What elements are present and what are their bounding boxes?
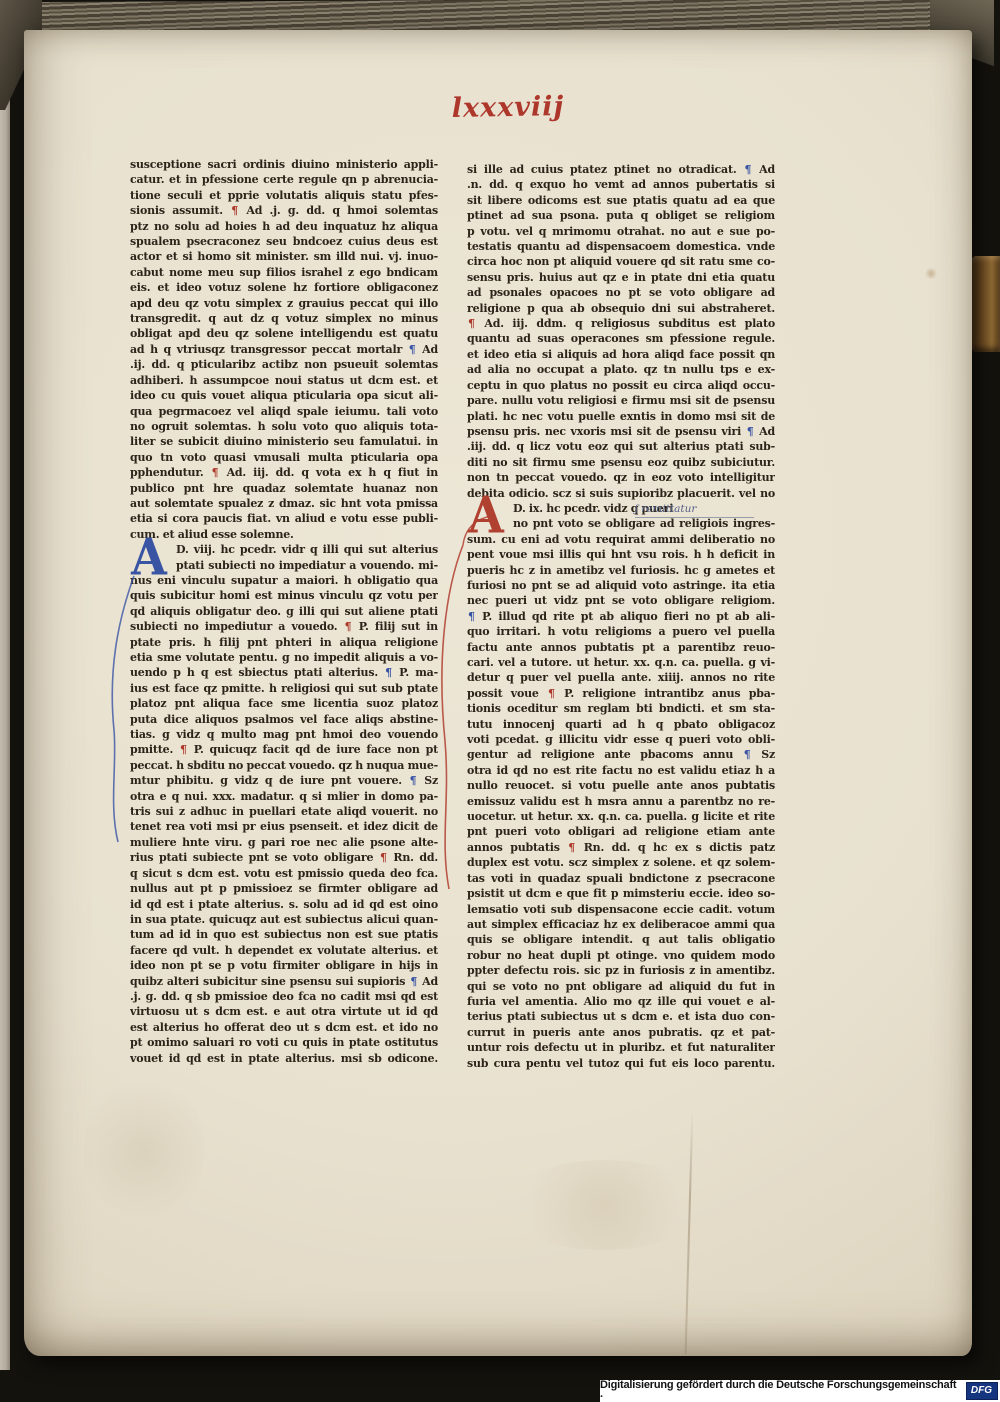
facing-page-edge [0, 40, 10, 1370]
text-line: qd aliquis obligatur deo. g illi qui sut… [130, 605, 438, 620]
stain [84, 1070, 204, 1230]
text-line: religione p qua ab obsequio dni sui abst… [467, 302, 775, 317]
text-line: diti no sit firmu sme psensu eoz quibz s… [467, 456, 775, 471]
pilcrow-mark: ¶ [746, 425, 755, 438]
text-line: puta dice aliquos psalmos vel face aliqs… [130, 713, 438, 728]
text-line: pnt pueri voto obligari ad religione eti… [467, 825, 775, 840]
text-line: sub cura pentu vel tutoz qui fut eis loc… [467, 1057, 775, 1072]
footer-credit-text: Digitalisierung gefördert durch die Deut… [600, 1379, 960, 1402]
text-line: transgredit. q aut dz q votuz simplex no… [130, 312, 438, 327]
text-line: lemsatio voti sub dispensacone eccie cad… [467, 903, 775, 918]
pilcrow-mark: ¶ [211, 466, 220, 479]
manuscript-page: lxxxviij susceptione sacri ordinis diuin… [24, 30, 972, 1356]
text-line: quo tn voto quasi vmusali multa pticular… [130, 451, 438, 466]
marginal-annotation: ʃ remittatur [635, 504, 754, 518]
text-line: ideo cu quis vouet aliqua pticularia opa… [130, 389, 438, 404]
text-line: publico pnt hre quadaz solemtate huanaz … [130, 482, 438, 497]
text-line: platoz pnt aliqua face sme licentia suoz… [130, 697, 438, 712]
text-line: psistit ut dcm e que fit p mimsteriu ecc… [467, 887, 775, 902]
text-line: tionis oceditur sm reglam bti bndicti. e… [467, 702, 775, 717]
text-line: possit voue ¶ P. religione intrantibz an… [467, 687, 775, 702]
text-line: ceptu in quo platus no possit eu circa a… [467, 379, 775, 394]
text-line: non tn peccat vouedo. qz in eoz voto int… [467, 471, 775, 486]
text-line: pmitte. ¶ P. quicuqz facit qd de iure fa… [130, 743, 438, 758]
text-line: otra e q nui. xxx. madatur. q si mlier i… [130, 790, 438, 805]
text-line: mtur phibitu. g vidz q de iure pnt vouer… [130, 774, 438, 789]
text-line: quis se obligare intendit. q aut talis o… [467, 933, 775, 948]
text-line: apd deu qz votu simplex z grauius peccat… [130, 297, 438, 312]
text-line: nullus aut pt p pmissioez se firmter obl… [130, 882, 438, 897]
text-line: pare. nullu votu religiosi e firmu msi s… [467, 394, 775, 409]
text-line: ad h q vtriusqz transgressor peccat mort… [130, 343, 438, 358]
column-right: si ille ad cuius ptatez ptinet no otradi… [467, 163, 775, 1072]
pilcrow-mark: ¶ [743, 748, 752, 761]
pen-flourish-right [437, 511, 497, 911]
text-line: tione seculi et pprie volutatis aliquis … [130, 189, 438, 204]
text-line: liter se subicit diuino ministerio seu f… [130, 435, 438, 450]
text-line: sum. cu eni ad votu requirat ammi delibe… [467, 533, 775, 548]
text-line: aut solemtate spualez z dmaz. sic hnt vo… [130, 497, 438, 512]
text-line: etia sme volutate pentu. g no impedit al… [130, 651, 438, 666]
text-line: nullo reuocet. si votu puelle ante anos … [467, 779, 775, 794]
text-line: aut simplex efficaciaz hz ex deliberacoe… [467, 918, 775, 933]
text-line: obligat apd deu qz solene intelligendu e… [130, 327, 438, 342]
text-line: ppter defectu rois. sic pz in furiosis z… [467, 964, 775, 979]
text-line: terius ptati subiectus ut s dcm e. et is… [467, 1010, 775, 1025]
text-line: pphendutur. ¶ Ad. iij. dd. q vota ex h q… [130, 466, 438, 481]
column-left: susceptione sacri ordinis diuino ministe… [130, 158, 438, 1067]
text-line: qua pegrmacoez vel aliqd spale ieiumu. t… [130, 405, 438, 420]
text-line: tutu innocenj quarti ad h q pbato obliga… [467, 718, 775, 733]
text-line: ad alia no occupat a plato. qz tn nullu … [467, 363, 775, 378]
text-line: si ille ad cuius ptatez ptinet no otradi… [467, 163, 775, 178]
text-line: quis subicitur homi est minus vinculu qz… [130, 589, 438, 604]
illuminated-initial: A [124, 531, 174, 582]
text-line: quo irritari. h votu religioms a puero v… [467, 625, 775, 640]
text-line: ad psonales opacoes no pt se voto obliga… [467, 286, 775, 301]
text-line: factu ante annos pubtatis pt a parentibz… [467, 641, 775, 656]
text-line: currut in pueris ante anos pubratis. qz … [467, 1026, 775, 1041]
text-line: tenet rea voti msi pr eius psenseit. et … [130, 820, 438, 835]
text-line: eis. et ideo votuz solene hz fortiore ob… [130, 281, 438, 296]
text-line: ptz no solu ad hoies h ad deu inquatuz h… [130, 220, 438, 235]
text-line: emissuz validu est h msra annu a parentb… [467, 795, 775, 810]
book-clasp [972, 256, 1000, 352]
text-line: subiecti no impediutur a vouedo. ¶ P. fi… [130, 620, 438, 635]
text-line: otra id qd no est rite factu no est vali… [467, 764, 775, 779]
text-line: annos pubtatis ¶ Rn. dd. q hc ex s dicti… [467, 841, 775, 856]
text-line: D. viij. hc pcedr. vidr q illi qui sut a… [130, 543, 438, 558]
text-line: est alterius ho offerat deo ut s dcm est… [130, 1021, 438, 1036]
pilcrow-mark: ¶ [409, 774, 418, 787]
page-crease [685, 1110, 694, 1354]
text-line: no pnt voto se obligare ad religiois ing… [467, 517, 775, 532]
pilcrow-mark: ¶ [179, 743, 188, 756]
pilcrow-mark: ¶ [344, 620, 353, 633]
pilcrow-mark: ¶ [230, 204, 239, 217]
text-line: ptate pris. h filij pnt phteri in aliqua… [130, 636, 438, 651]
text-line: circa hoc non pt aliquid vouere qd sit r… [467, 255, 775, 270]
text-line: voti pcedat. g illicitu vidr esse q puer… [467, 733, 775, 748]
pilcrow-mark: ¶ [384, 666, 393, 679]
text-line: facere qd vult. h dependet ex volutate a… [130, 944, 438, 959]
text-line: quibz alteri subicitur sine psensu sui s… [130, 975, 438, 990]
pilcrow-mark: ¶ [379, 851, 388, 864]
text-line: q sicut s dcm est. votu est pmissio qued… [130, 867, 438, 882]
text-line: psensu pris. nec vxoris msi sit de psens… [467, 425, 775, 440]
text-line: ius est face qz pmitte. h religiosi qui … [130, 682, 438, 697]
text-line: etia si cora paucis fiat. vn aliud e vot… [130, 512, 438, 527]
stain [924, 268, 938, 279]
text-line: tris sui z adhuc in puellari etate aliqd… [130, 805, 438, 820]
text-line: .iij. dd. q licz votu eoz qui sut alteri… [467, 440, 775, 455]
text-line: .n. dd. q exquo ho vemt ad annos puberta… [467, 178, 775, 193]
pilcrow-mark: ¶ [547, 687, 556, 700]
text-line: cum. et aliud esse solemne. [130, 528, 438, 543]
text-line: testatis quantu ad dispensacoem domestic… [467, 240, 775, 255]
pilcrow-mark: ¶ [567, 841, 576, 854]
text-line: robur no heat dupli pt otinge. vno quide… [467, 949, 775, 964]
pilcrow-mark: ¶ [409, 975, 418, 988]
text-line: in sua ptate. quicuqz aut est subiectus … [130, 913, 438, 928]
text-line: sionis assumit. ¶ Ad .j. g. dd. q hmoi s… [130, 204, 438, 219]
text-line: duplex est votu. scz simplex z solene. e… [467, 856, 775, 871]
stain [504, 1160, 704, 1250]
footer-credit-bar: Digitalisierung gefördert durch die Deut… [600, 1380, 1000, 1402]
text-line: uocetur. ut hetur. xx. q.n. ca. puella. … [467, 810, 775, 825]
pilcrow-mark: ¶ [467, 317, 476, 330]
text-line: nus eni vinculu supatur a maiori. h obli… [130, 574, 438, 589]
text-line: p votu. vel q mrimomu otrahat. no aut e … [467, 225, 775, 240]
text-line: debita odicio. scz si suis supioribz pla… [467, 487, 775, 502]
text-line: gentur ad religione ante pbacoms annu ¶ … [467, 748, 775, 763]
text-line: furia vel amentia. Alio mo qz ille qui v… [467, 995, 775, 1010]
page-number: lxxxviij [428, 91, 589, 126]
text-line: tas voti in quadaz spuali bndictone z ps… [467, 872, 775, 887]
text-line: pueris hc z in ametibz vel furiosis. hc … [467, 564, 775, 579]
text-line: cabut nome meu sup filios israhel z ego … [130, 266, 438, 281]
text-line: actor et si homo sit minister. sm illd n… [130, 250, 438, 265]
text-line: adhiberi. h assumpcoe noui status ut dcm… [130, 374, 438, 389]
text-line: ¶ Ad. iij. ddm. q religiosus subditus es… [467, 317, 775, 332]
text-line: ideo non pt se p votu firmiter obligare … [130, 959, 438, 974]
text-line: vouet id qd est in ptate alterius. msi s… [130, 1052, 438, 1067]
text-line: spualem psecraconez seu bndcoez cuius de… [130, 235, 438, 250]
text-line: uendo p h q est sbiectus ptati alterius.… [130, 666, 438, 681]
text-line: no ogruit solemtas. h solu voto quo aliq… [130, 420, 438, 435]
text-line: tum ad id in quo est subiectus non est s… [130, 928, 438, 943]
text-line: quantu ad suas operacones sm pfessione r… [467, 332, 775, 347]
pilcrow-mark: ¶ [743, 163, 752, 176]
illuminated-initial: A [461, 490, 511, 541]
text-line: untur rois defectu ut in pluribz. et fut… [467, 1041, 775, 1056]
text-line: et ideo etia si aliquis ad hora aliqd fa… [467, 348, 775, 363]
text-line: plati. hc nec votu puelle exntis in domo… [467, 410, 775, 425]
text-line: qui se voto no pnt obligare ad aliquid d… [467, 980, 775, 995]
text-line: cari. vel a tutore. ut hetur. xx. q.n. c… [467, 656, 775, 671]
text-line: muliere hnte viru. g pari roe nec alie p… [130, 836, 438, 851]
text-line: nec pueri ut vidz pnt se voto obligare r… [467, 594, 775, 609]
text-line: .ij. dd. q pticularibz actibz non psueui… [130, 358, 438, 373]
text-line: ¶ P. illud qd rite pt ab aliquo fieri no… [467, 610, 775, 625]
text-line: sensu pris. huius aut qz e in ptate dni … [467, 271, 775, 286]
text-line: .j. g. dd. q sb pmissioe deo fca no cadi… [130, 990, 438, 1005]
text-line: rius ptati subiecte pnt se voto obligare… [130, 851, 438, 866]
text-line: virtuosu ut s dcm est. e aut otra virtut… [130, 1005, 438, 1020]
pilcrow-mark: ¶ [408, 343, 417, 356]
text-line: furiosi no pnt se ad aliquid voto astrin… [467, 579, 775, 594]
text-line: pent voue msi illis qui hnt vsu rois. h … [467, 548, 775, 563]
text-line: ptati subiecti no impediatur a vouendo. … [130, 559, 438, 574]
text-line: id qd est i ptate alterius. s. solu ad i… [130, 898, 438, 913]
text-line: sit libere odicoms est sue ptatis quatu … [467, 194, 775, 209]
text-line: catur. et in pfessione certe regule qn p… [130, 173, 438, 188]
text-line: pt omimo saluari ro voti cu quis in ptat… [130, 1036, 438, 1051]
text-line: peccat. h sbditu no peccat vouedo. qz h … [130, 759, 438, 774]
text-line: susceptione sacri ordinis diuino ministe… [130, 158, 438, 173]
text-line: ptinet ad sua psona. puta q obliget se r… [467, 209, 775, 224]
dfg-logo: DFG [966, 1382, 998, 1400]
text-line: detur q puer vel puella ante. xiiij. ann… [467, 671, 775, 686]
pen-flourish-left [104, 550, 144, 850]
text-line: tias. g vidz q multo mag pnt hmoi deo vo… [130, 728, 438, 743]
